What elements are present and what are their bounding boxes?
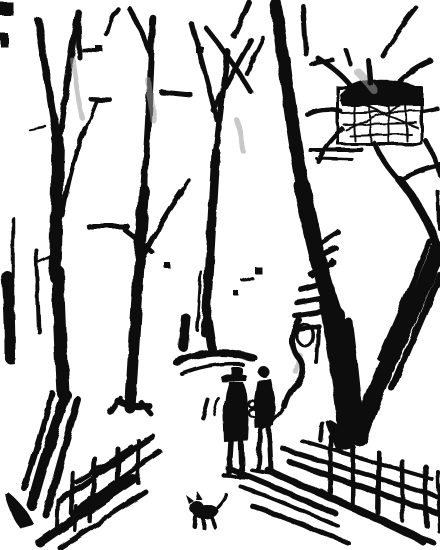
paper-edge-marks — [0, 2, 13, 47]
tree-far-left — [7, 12, 97, 515]
dog-leg — [195, 518, 196, 527]
dog-ear — [195, 491, 202, 499]
figure-left-hat-crown — [231, 367, 242, 376]
dog-head — [189, 500, 203, 514]
treehouse-sketch — [308, 59, 438, 179]
figure-right-head — [259, 367, 270, 378]
sketch-stage: Black-and-white ink sketch of bare winte… — [0, 0, 440, 550]
tree-center — [161, 24, 257, 418]
figure-right-leg — [269, 427, 271, 470]
figure-left-coat — [223, 382, 249, 442]
figure-right-leg — [258, 428, 261, 469]
dog-tail — [218, 495, 226, 507]
figure-left-with-hat — [221, 367, 250, 478]
figure-right-coat — [254, 379, 275, 428]
figures-on-path — [221, 367, 278, 479]
fence-left — [5, 437, 160, 548]
tree-left-center — [110, 8, 189, 414]
dog-leg — [213, 519, 215, 527]
winter-trees-sketch: Black-and-white ink sketch of bare winte… — [0, 0, 440, 550]
figure-left-leg — [229, 442, 231, 473]
figure-right — [252, 367, 278, 474]
dog — [185, 491, 226, 528]
figure-left-leg — [241, 442, 242, 474]
